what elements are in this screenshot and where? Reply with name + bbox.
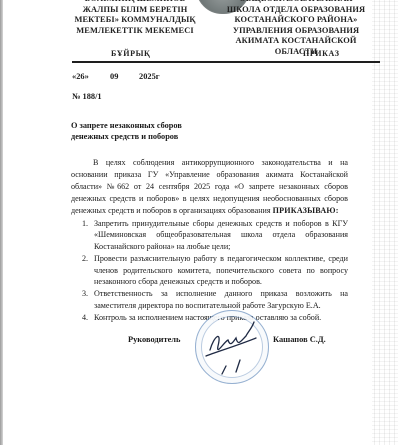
ru-org-line: УПРАВЛЕНИЯ ОБРАЗОВАНИЯ: [226, 26, 366, 37]
signatory-name: Кашапов С.Д.: [273, 335, 326, 344]
signatory-title: Руководитель: [128, 335, 180, 344]
ru-org-line: ОБЛАСТИ: [226, 47, 366, 58]
preamble-paragraph: В целях соблюдения антикоррупционного за…: [71, 157, 348, 217]
date-year: 2025г: [139, 72, 160, 81]
scan-noise-strip: [372, 0, 398, 445]
order-number: № 188/1: [72, 92, 102, 101]
kz-org-line: ЖАЛПЫ БІЛІМ БЕРЕТІН: [74, 5, 196, 16]
item-number: 4.: [82, 312, 88, 323]
subject-line: О запрете незаконных сборов: [71, 121, 182, 132]
kz-organization-header: БӨЛІМІНІҢ ШЕМИНОВ ЖАЛПЫ БІЛІМ БЕРЕТІН МЕ…: [74, 0, 196, 36]
order-subject: О запрете незаконных сборов денежных сре…: [71, 121, 182, 142]
ru-organization-header: ОБЩЕОБРАЗОВАТЕЛЬНАЯ ШКОЛА ОТДЕЛА ОБРАЗОВ…: [226, 0, 366, 58]
header-divider: [72, 61, 380, 63]
date-month: 09: [110, 72, 118, 81]
list-item: 2.Провести разъяснительную работу в педа…: [82, 253, 348, 287]
item-number: 2.: [82, 253, 88, 264]
ru-org-line: ШКОЛА ОТДЕЛА ОБРАЗОВАНИЯ: [226, 5, 366, 16]
scan-left-edge: [0, 0, 3, 445]
kz-document-type: БҰЙРЫҚ: [111, 49, 150, 58]
ru-org-line: КОСТАНАЙСКОГО РАЙОНА»: [226, 15, 366, 26]
item-text: Провести разъяснительную работу в педаго…: [94, 254, 348, 286]
order-items-list: 1.Запретить принудительные сборы денежны…: [82, 218, 348, 325]
list-item: 3.Ответственность за исполнение данного …: [82, 288, 348, 311]
ru-org-line: ОБЩЕОБРАЗОВАТЕЛЬНАЯ: [226, 0, 366, 5]
date-day: «26»: [72, 72, 89, 81]
item-text: Запретить принудительные сборы денежных …: [94, 219, 348, 251]
item-number: 3.: [82, 288, 88, 299]
item-number: 1.: [82, 218, 88, 229]
signature-icon: [196, 316, 262, 376]
list-item: 1.Запретить принудительные сборы денежны…: [82, 218, 348, 252]
kz-org-line: МЕКТЕБІ» КОММУНАЛДЫҚ: [74, 15, 196, 26]
subject-line: денежных средств и поборов: [71, 132, 182, 143]
item-text: Ответственность за исполнение данного пр…: [94, 289, 348, 309]
kz-org-line: БӨЛІМІНІҢ ШЕМИНОВ: [74, 0, 196, 5]
ru-document-type: ПРИКАЗ: [303, 49, 340, 58]
ru-org-line: АКИМАТА КОСТАНАЙСКОЙ: [226, 36, 366, 47]
directive-word: ПРИКАЗЫВАЮ:: [273, 206, 339, 215]
kz-org-line: МЕМЛЕКЕТТІК МЕКЕМЕСІ: [74, 26, 196, 37]
